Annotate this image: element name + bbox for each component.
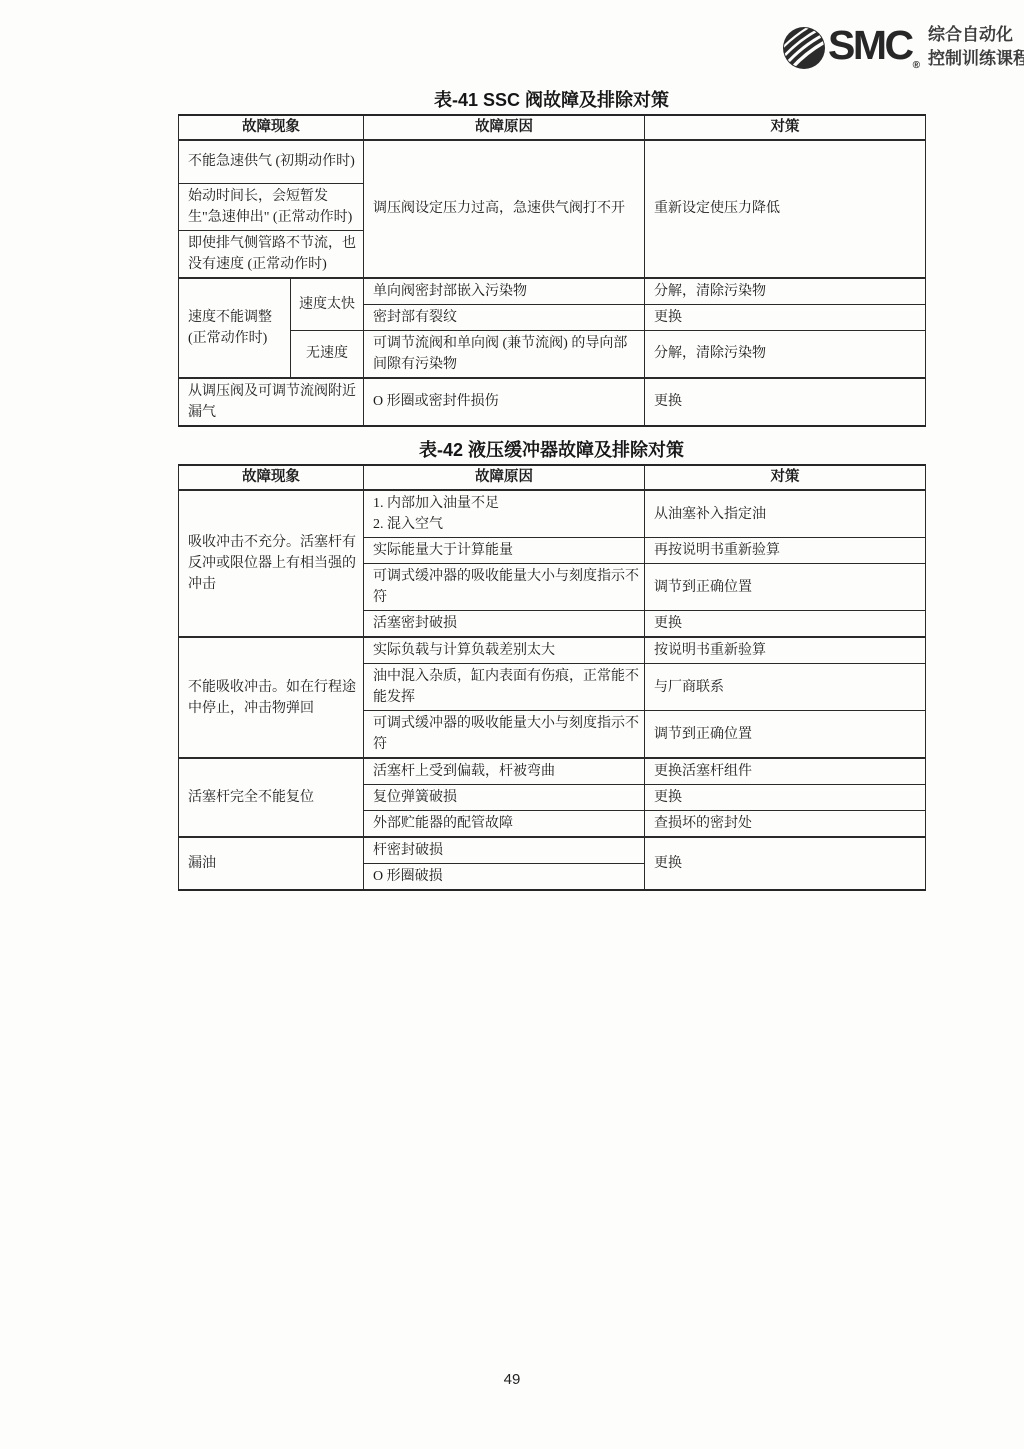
sub-condition-cell: 速度太快 (291, 278, 364, 331)
cause-cell: 密封部有裂纹 (364, 304, 645, 330)
phenomenon-cell: 吸收冲击不充分。活塞杆有反冲或限位器上有相当强的冲击 (179, 490, 364, 637)
cause-cell: 可调式缓冲器的吸收能量大小与刻度指示不符 (364, 564, 645, 611)
cause-cell: 单向阀密封部嵌入污染物 (364, 278, 645, 305)
cause-cell: O 形圈破损 (364, 864, 645, 891)
measure-cell: 再按说明书重新验算 (645, 538, 926, 564)
cause-cell: 可调节流阀和单向阀 (兼节流阀) 的导向部间隙有污染物 (364, 330, 645, 378)
table-row: 速度不能调整 (正常动作时) 速度太快 单向阀密封部嵌入污染物 分解，清除污染物 (179, 278, 926, 305)
logo-tagline-line1: 综合自动化 (928, 23, 1024, 47)
measure-cell: 调节到正确位置 (645, 564, 926, 611)
cause-cell: 复位弹簧破损 (364, 785, 645, 811)
table41-title: 表-41 SSC 阀故障及排除对策 (178, 86, 925, 112)
smc-brand: SMC (828, 22, 912, 68)
phenomenon-cell: 始动时间长，会短暂发生"急速伸出" (正常动作时) (179, 183, 364, 230)
cause-cell: 外部贮能器的配管故障 (364, 811, 645, 838)
table-row: 不能急速供气 (初期动作时) 调压阀设定压力过高，急速供气阀打不开 重新设定使压… (179, 140, 926, 183)
table-42: 故障现象 故障原因 对策 吸收冲击不充分。活塞杆有反冲或限位器上有相当强的冲击 … (178, 464, 926, 891)
cause-cell: 油中混入杂质，缸内表面有伤痕，正常能不能发挥 (364, 664, 645, 711)
table-row: 无速度 可调节流阀和单向阀 (兼节流阀) 的导向部间隙有污染物 分解，清除污染物 (179, 330, 926, 378)
measure-cell: 查损坏的密封处 (645, 811, 926, 838)
col-header-measure: 对策 (645, 465, 926, 490)
cause-cell: 实际能量大于计算能量 (364, 538, 645, 564)
col-header-phenomenon: 故障现象 (179, 115, 364, 140)
table-row: 漏油 杆密封破损 更换 (179, 837, 926, 864)
col-header-cause: 故障原因 (364, 465, 645, 490)
cause-cell: O 形圈或密封件损伤 (364, 378, 645, 426)
measure-cell: 分解，清除污染物 (645, 278, 926, 305)
cause-cell: 1. 内部加入油量不足 2. 混入空气 (364, 490, 645, 538)
logo-tagline: 综合自动化 控制训练课程 (928, 23, 1024, 71)
table-row: 吸收冲击不充分。活塞杆有反冲或限位器上有相当强的冲击 1. 内部加入油量不足 2… (179, 490, 926, 538)
smc-swirl-icon (782, 26, 826, 75)
smc-logo-text: SMC® (828, 22, 919, 80)
phenomenon-cell: 即使排气侧管路不节流，也没有速度 (正常动作时) (179, 230, 364, 278)
measure-cell: 从油塞补入指定油 (645, 490, 926, 538)
document-page: SMC® 综合自动化 控制训练课程 表-41 SSC 阀故障及排除对策 故障现象… (0, 0, 1024, 1449)
table-header-row: 故障现象 故障原因 对策 (179, 115, 926, 140)
measure-cell: 更换 (645, 837, 926, 890)
cause-cell: 杆密封破损 (364, 837, 645, 864)
cause-cell: 活塞密封破损 (364, 611, 645, 638)
col-header-phenomenon: 故障现象 (179, 465, 364, 490)
phenomenon-cell: 不能急速供气 (初期动作时) (179, 140, 364, 183)
phenomenon-cell: 漏油 (179, 837, 364, 890)
phenomenon-cell: 不能吸收冲击。如在行程途中停止，冲击物弹回 (179, 637, 364, 758)
table-row: 不能吸收冲击。如在行程途中停止，冲击物弹回 实际负载与计算负载差别太大 按说明书… (179, 637, 926, 664)
measure-cell: 与厂商联系 (645, 664, 926, 711)
measure-cell: 更换活塞杆组件 (645, 758, 926, 785)
measure-cell: 更换 (645, 378, 926, 426)
table-row: 活塞杆完全不能复位 活塞杆上受到偏载，杆被弯曲 更换活塞杆组件 (179, 758, 926, 785)
phenomenon-cell: 从调压阀及可调节流阀附近漏气 (179, 378, 364, 426)
measure-cell: 更换 (645, 611, 926, 638)
table42-title: 表-42 液压缓冲器故障及排除对策 (178, 436, 925, 462)
measure-cell: 更换 (645, 785, 926, 811)
cause-cell: 调压阀设定压力过高，急速供气阀打不开 (364, 140, 645, 278)
logo-tagline-line2: 控制训练课程 (928, 47, 1024, 71)
cause-cell: 活塞杆上受到偏载，杆被弯曲 (364, 758, 645, 785)
col-header-cause: 故障原因 (364, 115, 645, 140)
measure-cell: 更换 (645, 304, 926, 330)
table-header-row: 故障现象 故障原因 对策 (179, 465, 926, 490)
table-41: 故障现象 故障原因 对策 不能急速供气 (初期动作时) 调压阀设定压力过高，急速… (178, 114, 926, 427)
page-number: 49 (0, 1371, 1024, 1388)
table-row: 从调压阀及可调节流阀附近漏气 O 形圈或密封件损伤 更换 (179, 378, 926, 426)
cause-cell: 实际负载与计算负载差别太大 (364, 637, 645, 664)
cause-cell: 可调式缓冲器的吸收能量大小与刻度指示不符 (364, 711, 645, 759)
measure-cell: 分解，清除污染物 (645, 330, 926, 378)
phenomenon-cell: 活塞杆完全不能复位 (179, 758, 364, 837)
sub-condition-cell: 无速度 (291, 330, 364, 378)
smc-logo: SMC® 综合自动化 控制训练课程 (782, 22, 1024, 80)
phenomenon-cell: 速度不能调整 (正常动作时) (179, 278, 291, 378)
measure-cell: 调节到正确位置 (645, 711, 926, 759)
measure-cell: 重新设定使压力降低 (645, 140, 926, 278)
col-header-measure: 对策 (645, 115, 926, 140)
measure-cell: 按说明书重新验算 (645, 637, 926, 664)
registered-mark: ® (913, 60, 920, 71)
